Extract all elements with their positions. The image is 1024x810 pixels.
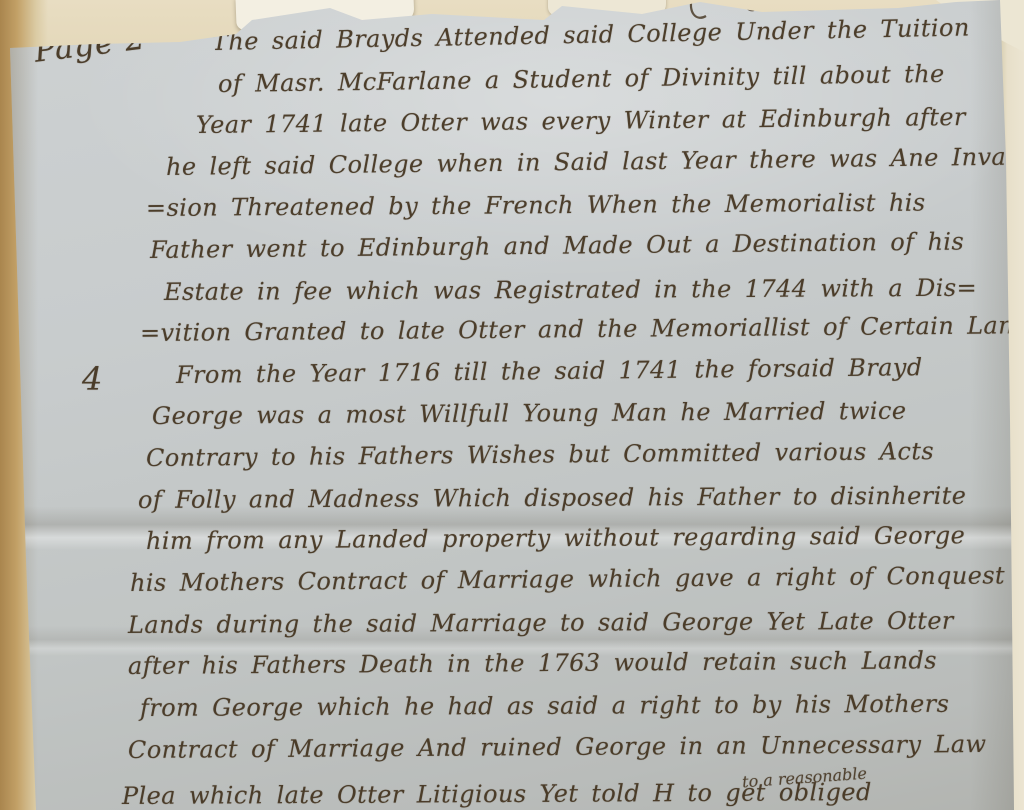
manuscript-line: his Mothers Contract of Marriage which g… <box>130 561 1005 597</box>
manuscript-line: after his Fathers Death in the 1763 woul… <box>128 646 937 680</box>
manuscript-line: from George which he had as said a right… <box>140 690 949 722</box>
manuscript-line: Estate in fee which was Registrated in t… <box>164 274 977 306</box>
manuscript-line: =vition Granted to late Otter and the Me… <box>140 311 1024 347</box>
manuscript-line: him from any Landed property without reg… <box>146 521 965 555</box>
page-number-superscript: d <box>141 15 157 38</box>
manuscript-sheet: Page 2d 4 The said Brayds Attended said … <box>0 0 1020 810</box>
manuscript-line: Father went to Edinburgh and Made Out a … <box>150 227 964 264</box>
manuscript-line: Contract of Marriage And ruined George i… <box>128 730 987 764</box>
manuscript-photo: Page 2d 4 The said Brayds Attended said … <box>0 0 1024 810</box>
manuscript-line: Contrary to his Fathers Wishes but Commi… <box>146 437 934 472</box>
page-number-text: Page 2 <box>32 20 147 69</box>
manuscript-line: Year 1741 late Otter was every Winter at… <box>196 103 966 139</box>
manuscript-line: The said Brayds Attended said College Un… <box>212 13 970 56</box>
manuscript-line: he left said College when in Said last Y… <box>166 142 1024 181</box>
page-number-label: Page 2d <box>32 19 160 70</box>
manuscript-line: Lands during the said Marriage to said G… <box>128 607 954 639</box>
margin-paragraph-number: 4 <box>82 360 102 398</box>
manuscript-line: From the Year 1716 till the said 1741 th… <box>176 353 923 389</box>
manuscript-line: of Folly and Madness Which disposed his … <box>138 482 966 514</box>
manuscript-line: =sion Threatened by the French When the … <box>146 189 926 222</box>
manuscript-line: of Masr. McFarlane a Student of Divinity… <box>218 60 945 98</box>
manuscript-line: George was a most Willfull Young Man he … <box>152 397 907 430</box>
